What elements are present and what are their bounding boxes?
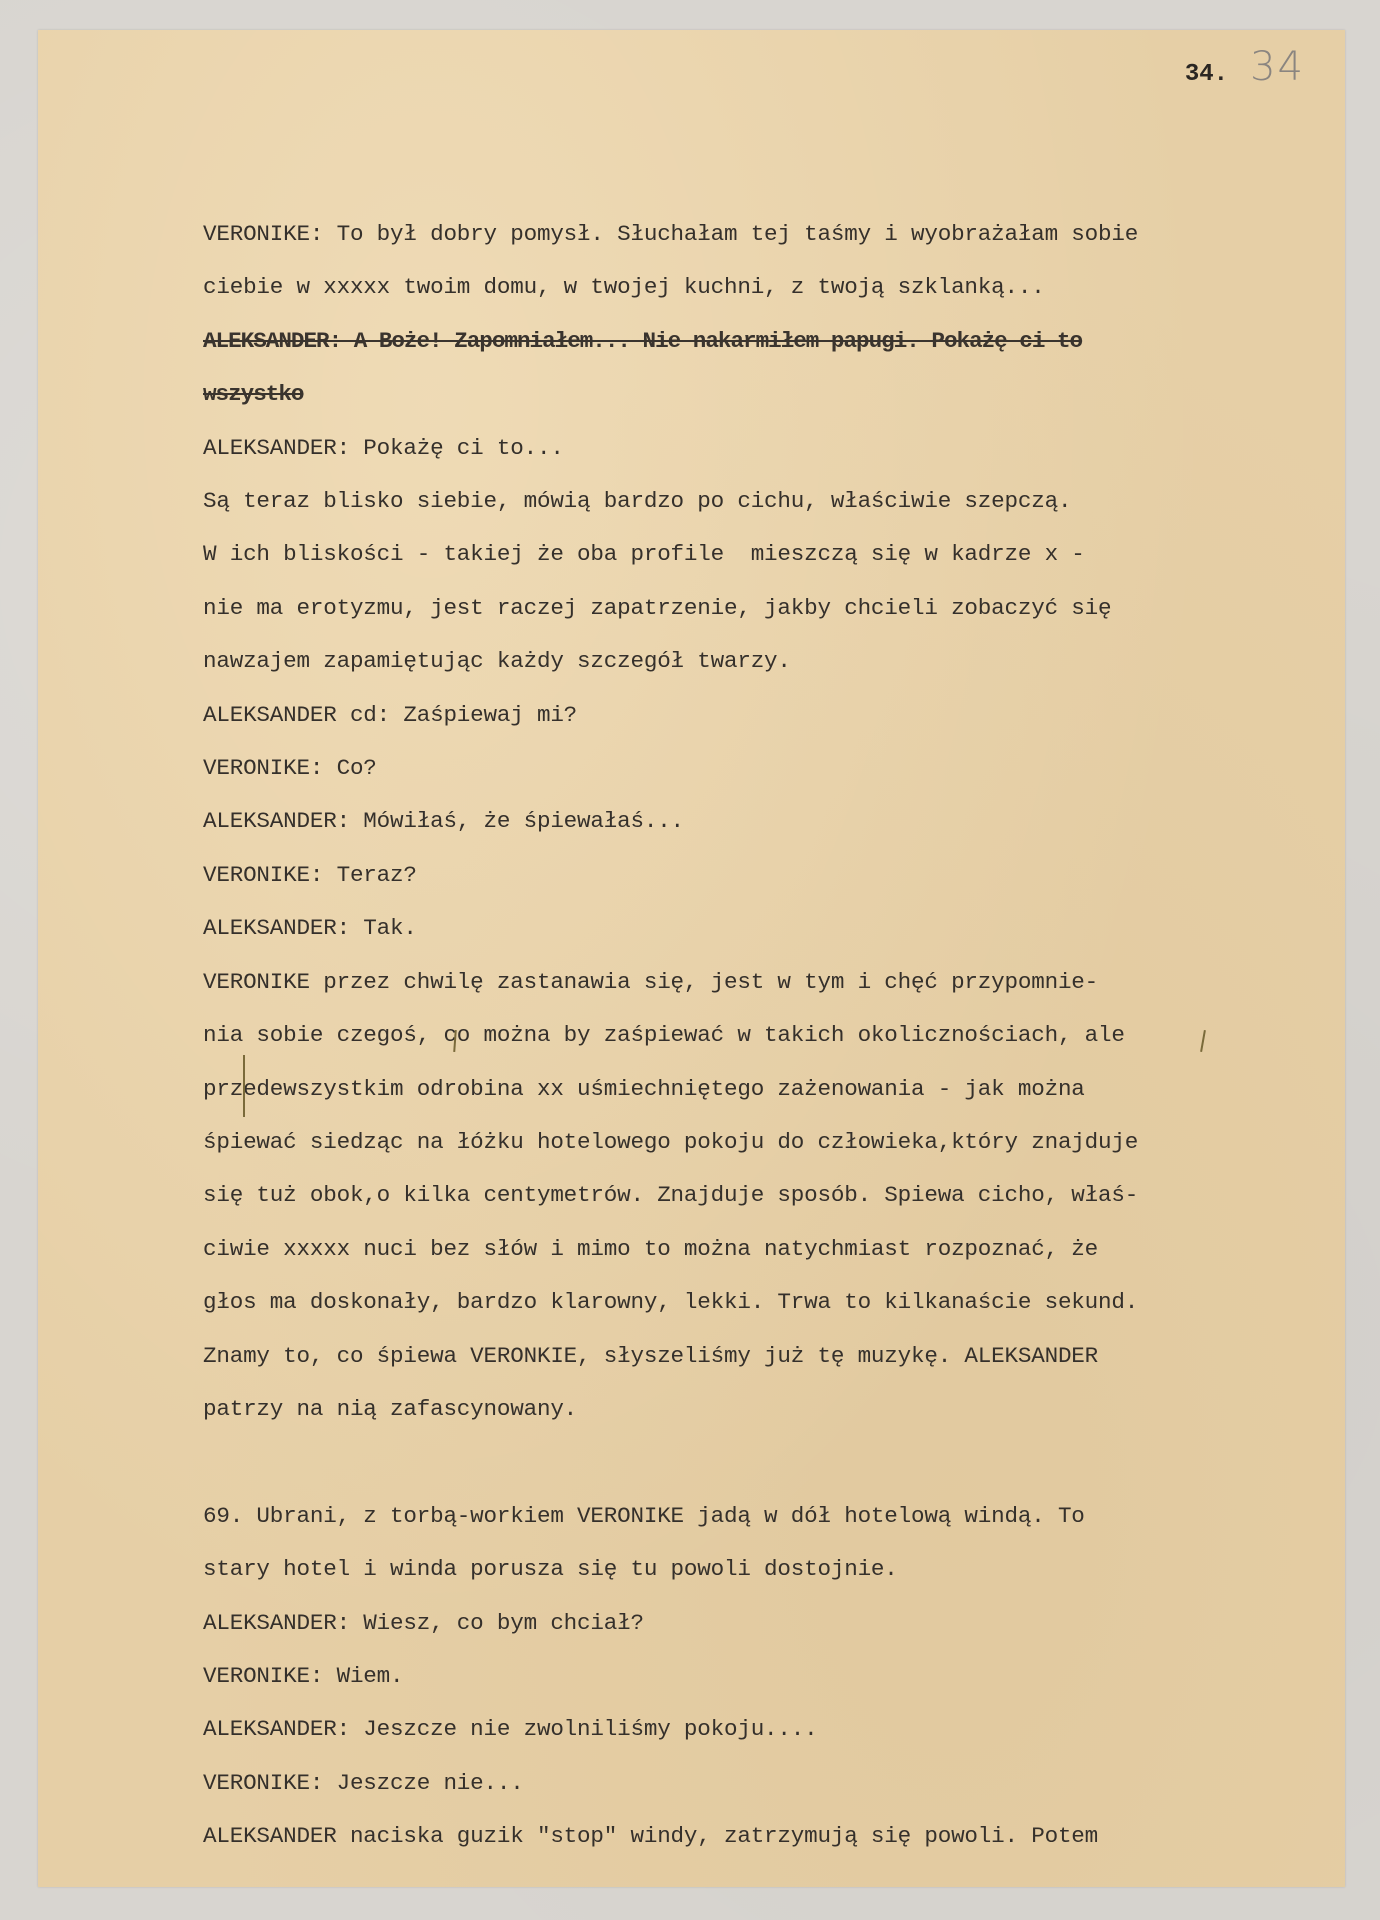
- script-line: Są teraz blisko siebie, mówią bardzo po …: [203, 475, 1363, 528]
- script-line: głos ma doskonały, bardzo klarowny, lekk…: [203, 1276, 1363, 1329]
- script-line: ALEKSANDER: Wiesz, co bym chciał?: [203, 1597, 1363, 1650]
- scene-heading: 69. Ubrani, z torbą-workiem VERONIKE jad…: [203, 1490, 1363, 1543]
- blank-line: [203, 1436, 1363, 1489]
- script-line: przedewszystkim odrobina xx uśmiechnięte…: [203, 1063, 1363, 1116]
- page-number: 34. 34: [1185, 44, 1305, 90]
- typewritten-page: 34. 34 VERONIKE: To był dobry pomysł. Sł…: [38, 30, 1345, 1887]
- script-line: VERONIKE: Jeszcze nie...: [203, 1757, 1363, 1810]
- script-line: się tuż obok,o kilka centymetrów. Znajdu…: [203, 1169, 1363, 1222]
- script-line: patrzy na nią zafascynowany.: [203, 1383, 1363, 1436]
- script-line: VERONIKE: To był dobry pomysł. Słuchałam…: [203, 208, 1363, 261]
- struck-out-line: wszystko: [203, 368, 1363, 421]
- script-line: ciwie xxxxx nuci bez słów i mimo to możn…: [203, 1223, 1363, 1276]
- script-line: VERONIKE: Wiem.: [203, 1650, 1363, 1703]
- script-line: VERONIKE przez chwilę zastanawia się, je…: [203, 956, 1363, 1009]
- script-line: nie ma erotyzmu, jest raczej zapatrzenie…: [203, 582, 1363, 635]
- script-line: ALEKSANDER: Tak.: [203, 902, 1363, 955]
- script-line: ALEKSANDER: Mówiłaś, że śpiewałaś...: [203, 795, 1363, 848]
- struck-out-line: ALEKSANDER: A Boże! Zapomniałem... Nie n…: [203, 315, 1363, 368]
- script-text: VERONIKE: To był dobry pomysł. Słuchałam…: [203, 208, 1363, 1864]
- script-line: ALEKSANDER naciska guzik "stop" windy, z…: [203, 1810, 1363, 1863]
- script-line: śpiewać siedząc na łóżku hotelowego poko…: [203, 1116, 1363, 1169]
- script-line: stary hotel i winda porusza się tu powol…: [203, 1543, 1363, 1596]
- pencil-correction-mark: [243, 1055, 245, 1117]
- script-line: VERONIKE: Teraz?: [203, 849, 1363, 902]
- script-line: ALEKSANDER cd: Zaśpiewaj mi?: [203, 689, 1363, 742]
- page-number-typed: 34.: [1185, 61, 1228, 88]
- script-line: VERONIKE: Co?: [203, 742, 1363, 795]
- page-number-pencil: 34: [1250, 44, 1305, 90]
- script-line: nawzajem zapamiętując każdy szczegół twa…: [203, 635, 1363, 688]
- script-line: ciebie w xxxxx twoim domu, w twojej kuch…: [203, 261, 1363, 314]
- script-line: nia sobie czegoś, co można by zaśpiewać …: [203, 1009, 1363, 1062]
- script-line: Znamy to, co śpiewa VERONKIE, słyszeliśm…: [203, 1330, 1363, 1383]
- script-line: ALEKSANDER: Pokażę ci to...: [203, 422, 1363, 475]
- script-line: ALEKSANDER: Jeszcze nie zwolniliśmy poko…: [203, 1703, 1363, 1756]
- script-line: W ich bliskości - takiej że oba profile …: [203, 528, 1363, 581]
